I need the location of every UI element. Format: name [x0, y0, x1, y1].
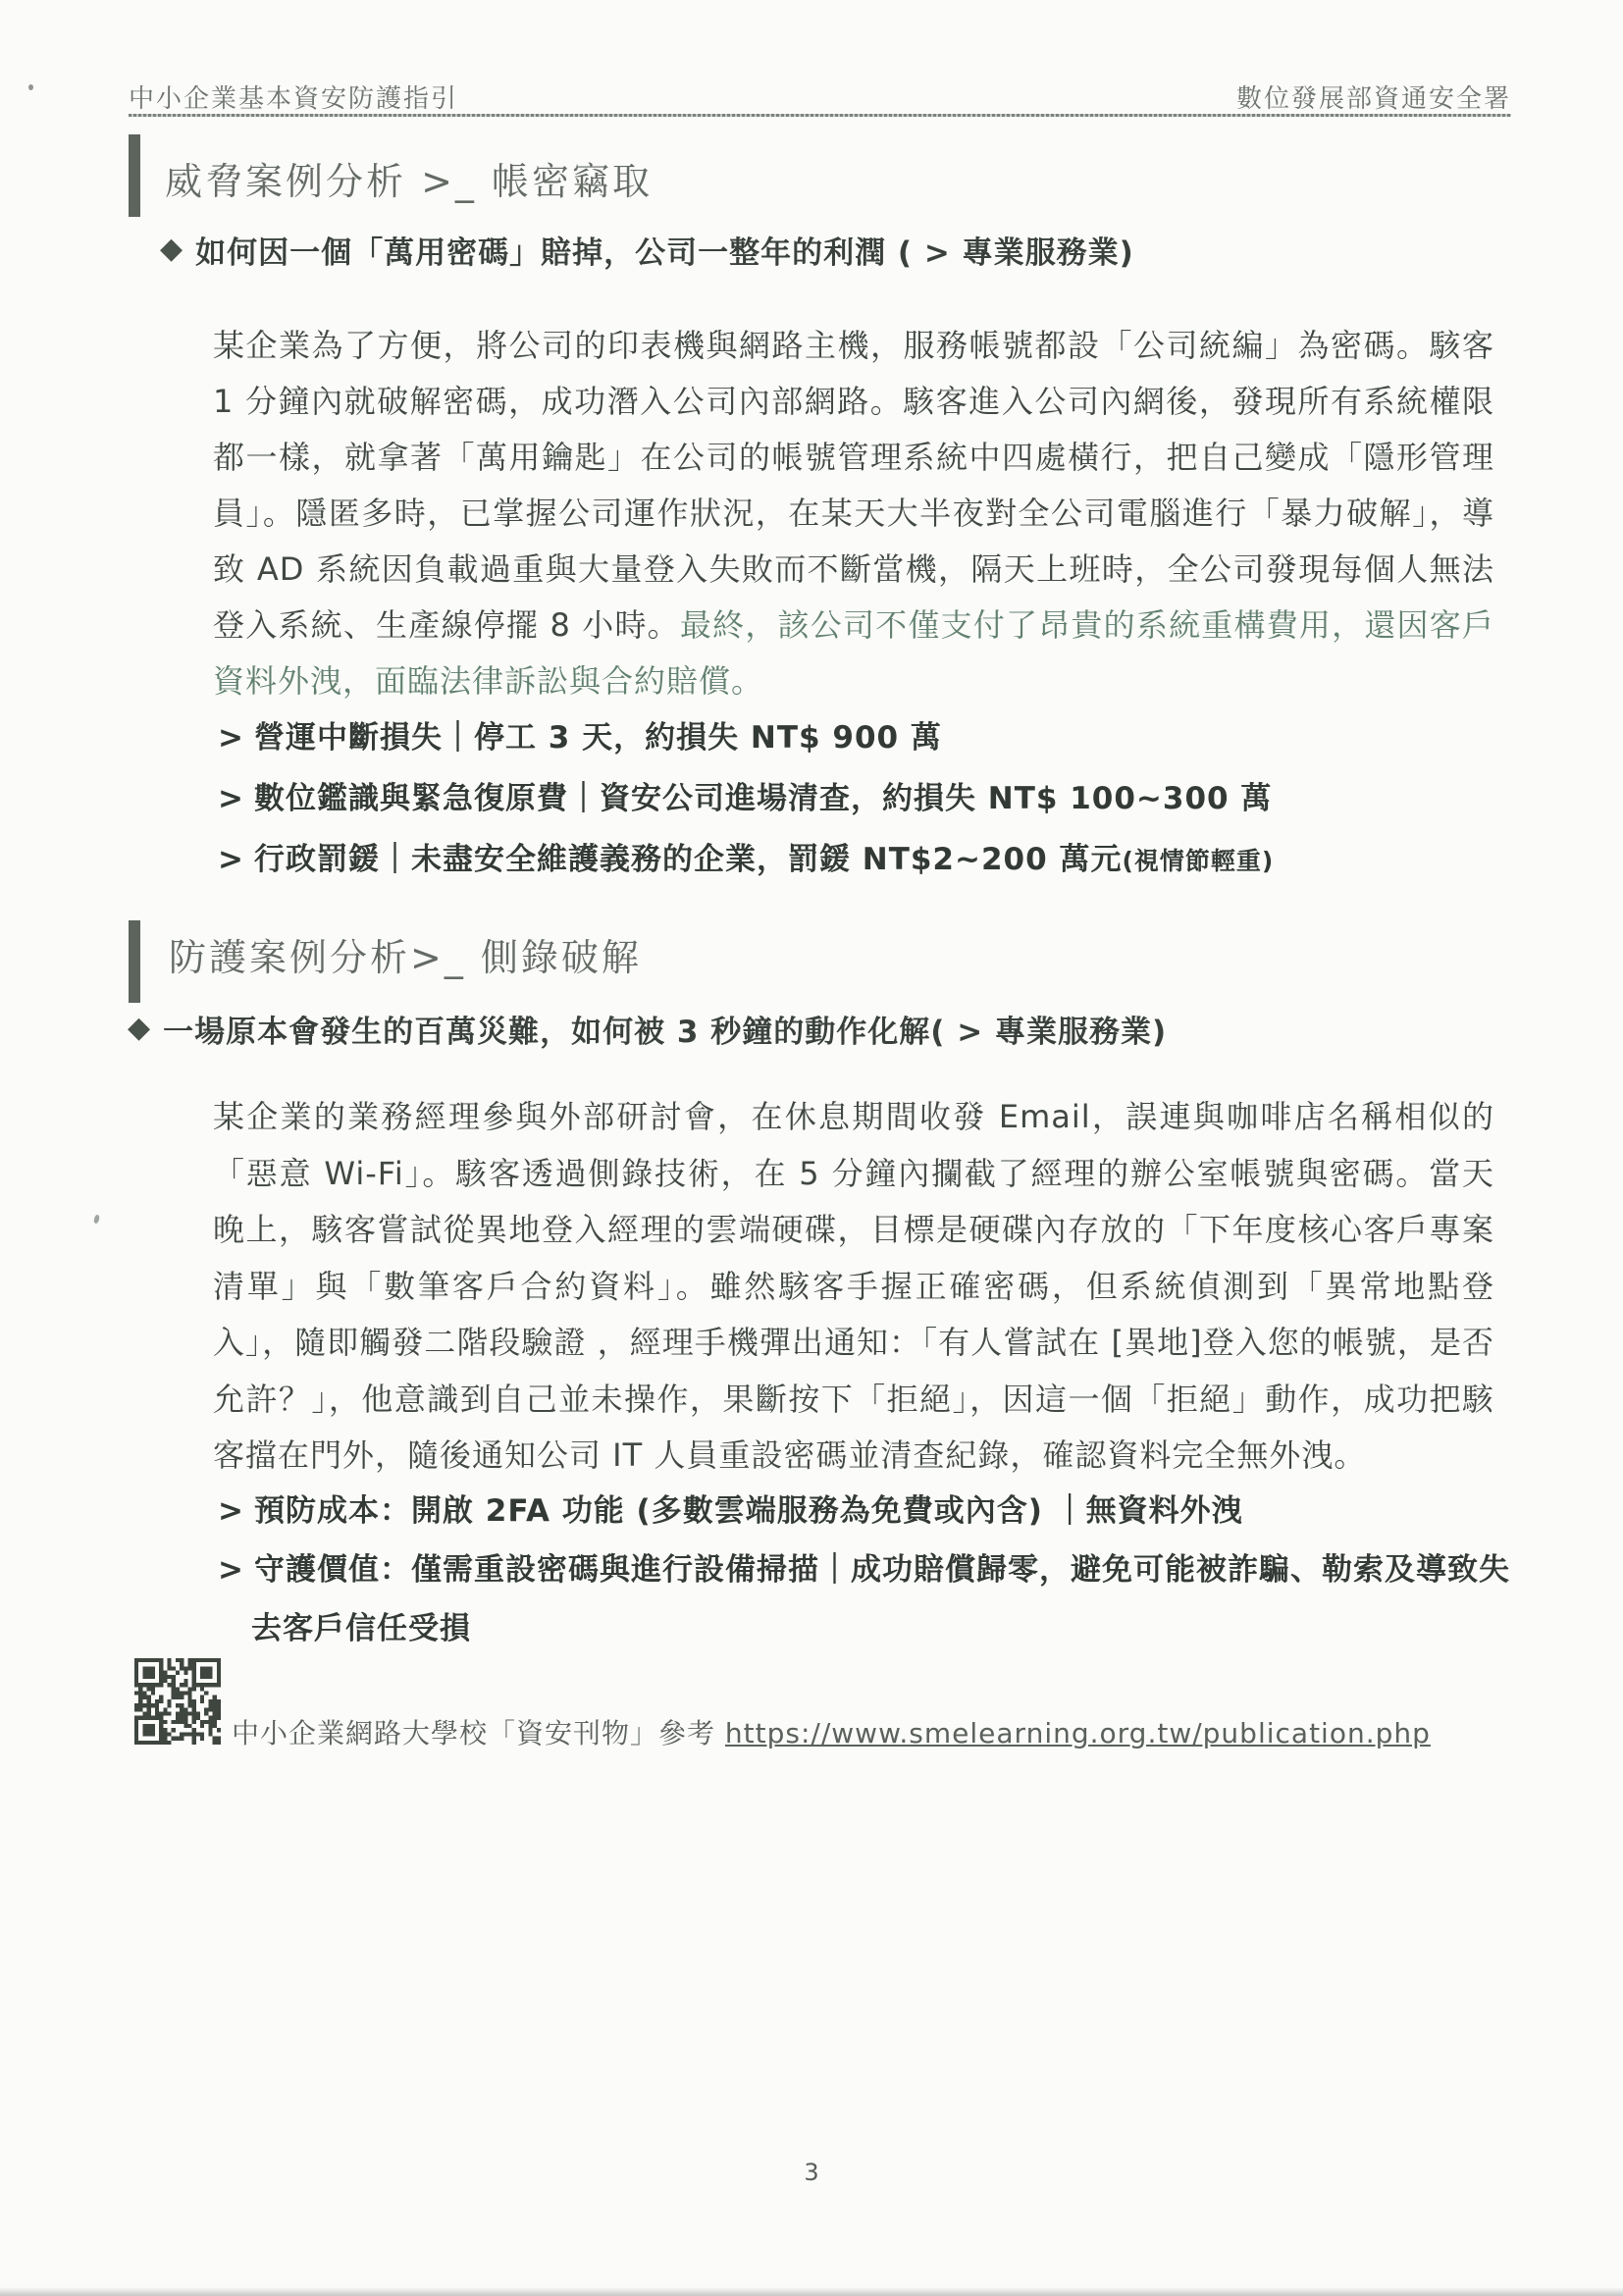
case-body-paragraph: 某企業的業務經理參與外部研討會，在休息期間收發 Email，誤連與咖啡店名稱相似…: [213, 1089, 1494, 1485]
loss-bullet-list: >營運中斷損失｜停工 3 天，約損失 NT$ 900 萬 >數位鑑識與緊急復原費…: [218, 708, 1528, 891]
case-subtitle: 如何因一個「萬用密碼」賠掉，公司一整年的利潤 ( > 專業服務業): [195, 228, 1134, 272]
section-accent-bar: [129, 134, 140, 217]
document-title: 中小企業基本資安防護指引: [129, 78, 458, 115]
header-divider: [129, 114, 1511, 117]
diamond-bullet-icon: ◆: [160, 235, 183, 264]
list-item-text: 預防成本：開啟 2FA 功能 (多數雲端服務為免費或內含) ｜無資料外洩: [254, 1493, 1243, 1529]
gt-marker: >: [218, 1552, 244, 1588]
section-title-protection-case: 防護案例分析>_ 側錄破解: [169, 936, 642, 979]
page-number: 3: [0, 2159, 1623, 2186]
gt-marker: >: [218, 1493, 244, 1529]
footer-reference: 中小企業網路大學校「資安刊物」參考 https://www.smelearnin…: [232, 1714, 1431, 1753]
list-item-text: 營運中斷損失｜停工 3 天，約損失 NT$ 900 萬: [254, 720, 942, 756]
list-item-text: 行政罰鍰｜未盡安全維護義務的企業，罰鍰 NT$2~200 萬元: [254, 842, 1123, 877]
footer-reference-link[interactable]: https://www.smelearning.org.tw/publicati…: [725, 1717, 1431, 1749]
diamond-bullet-icon: ◆: [128, 1014, 150, 1043]
scan-speck: [28, 84, 33, 90]
qr-code: [134, 1658, 221, 1745]
case-body-paragraph: 某企業為了方便，將公司的印表機與網路主機，服務帳號都設「公司統編」為密碼。駭客 …: [213, 318, 1494, 709]
section-accent-bar: [129, 920, 140, 1003]
body-text: 某企業的業務經理參與外部研討會，在休息期間收發 Email，誤連與咖啡店名稱相似…: [213, 1098, 1494, 1474]
scanned-document-page: { "page": { "header_left": "中小企業基本資安防護指引…: [0, 0, 1623, 2296]
list-item: >營運中斷損失｜停工 3 天，約損失 NT$ 900 萬: [218, 708, 1528, 769]
case-subtitle-row: ◆ 如何因一個「萬用密碼」賠掉，公司一整年的利潤 ( > 專業服務業): [160, 222, 1134, 277]
list-item: >行政罰鍰｜未盡安全維護義務的企業，罰鍰 NT$2~200 萬元(視情節輕重): [218, 830, 1528, 891]
body-text: 某企業為了方便，將公司的印表機與網路主機，服務帳號都設「公司統編」為密碼。駭客 …: [213, 327, 1494, 644]
section-title-threat-case: 威脅案例分析 >_ 帳密竊取: [165, 160, 653, 203]
value-bullet-list: >預防成本：開啟 2FA 功能 (多數雲端服務為免費或內含) ｜無資料外洩 >守…: [218, 1482, 1528, 1658]
list-item-text: 數位鑑識與緊急復原費｜資安公司進場清查，約損失 NT$ 100~300 萬: [254, 781, 1272, 816]
list-item: >數位鑑識與緊急復原費｜資安公司進場清查，約損失 NT$ 100~300 萬: [218, 769, 1528, 830]
list-item: >守護價值：僅需重設密碼與進行設備掃描｜成功賠償歸零，避免可能被詐騙、勒索及導致…: [218, 1540, 1528, 1658]
gt-marker: >: [218, 720, 244, 756]
scan-edge-shadow: [0, 2287, 1623, 2296]
footer-reference-text: 中小企業網路大學校「資安刊物」參考: [232, 1717, 725, 1749]
list-item-text: 守護價值：僅需重設密碼與進行設備掃描｜成功賠償歸零，避免可能被詐騙、勒索及導致失…: [251, 1552, 1510, 1646]
case-subtitle-row: ◆ 一場原本會發生的百萬災難，如何被 3 秒鐘的動作化解( > 專業服務業): [128, 1001, 1167, 1056]
list-item-note: (視情節輕重): [1122, 847, 1274, 875]
scan-speck: [93, 1215, 100, 1225]
gt-marker: >: [218, 842, 244, 877]
agency-name: 數位發展部資通安全署: [1236, 78, 1511, 115]
gt-marker: >: [218, 781, 244, 816]
list-item: >預防成本：開啟 2FA 功能 (多數雲端服務為免費或內含) ｜無資料外洩: [218, 1482, 1528, 1540]
case-subtitle: 一場原本會發生的百萬災難，如何被 3 秒鐘的動作化解( > 專業服務業): [163, 1007, 1167, 1051]
